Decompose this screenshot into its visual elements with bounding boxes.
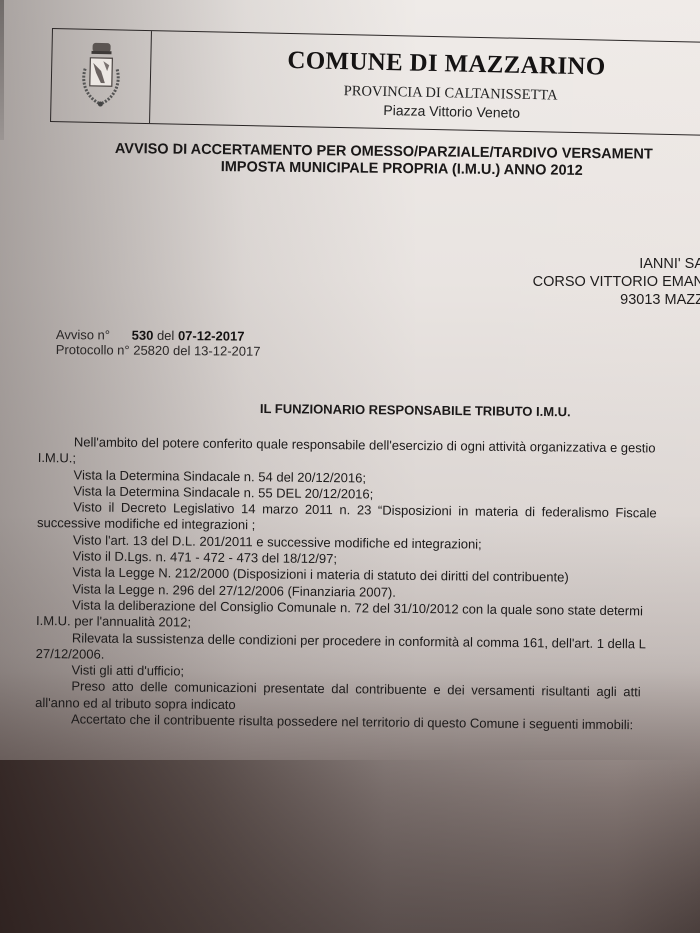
avviso-label: Avviso n° [56, 327, 110, 342]
recipient-street: CORSO VITTORIO EMAN [533, 273, 700, 291]
letterhead-text: COMUNE DI MAZZARINO PROVINCIA DI CALTANI… [151, 31, 700, 135]
protocollo-line: Protocollo n° 25820 del 13-12-2017 [56, 342, 261, 359]
recipient-block: IANNI' SA CORSO VITTORIO EMAN 93013 MAZZ [533, 255, 700, 309]
avviso-line: Avviso n° 530 del 07-12-2017 [56, 327, 261, 344]
municipality-name: COMUNE DI MAZZARINO [287, 47, 606, 82]
avviso-number: 530 [132, 328, 154, 343]
photo-shadow [0, 760, 700, 933]
body-text: Nell'ambito del potere conferito quale r… [35, 434, 700, 735]
recipient-name: IANNI' SA [533, 255, 700, 273]
letterhead-box: COMUNE DI MAZZARINO PROVINCIA DI CALTANI… [50, 28, 700, 136]
avviso-date: 07-12-2017 [178, 328, 245, 344]
emblem-cell [51, 29, 152, 123]
coat-of-arms-icon [78, 41, 123, 112]
paper-edge [0, 0, 4, 140]
document-title: AVVISO DI ACCERTAMENTO PER OMESSO/PARZIA… [115, 141, 653, 181]
notice-meta: Avviso n° 530 del 07-12-2017 Protocollo … [56, 327, 261, 359]
province-name: PROVINCIA DI CALTANISSETTA [344, 83, 558, 104]
avviso-del: del [157, 328, 174, 343]
municipality-address: Piazza Vittorio Veneto [383, 102, 520, 121]
recipient-city: 93013 MAZZ [533, 291, 700, 309]
